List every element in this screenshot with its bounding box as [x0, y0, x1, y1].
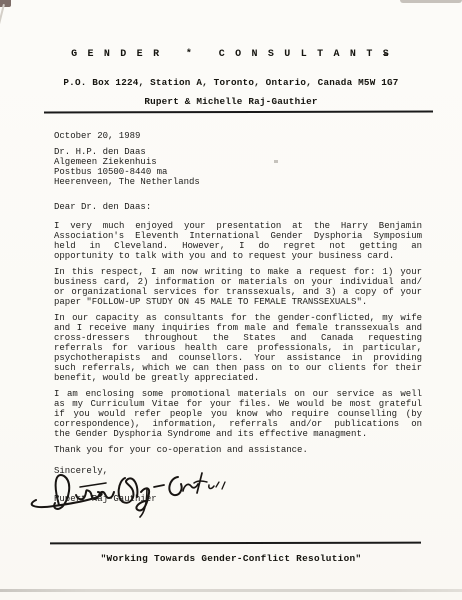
letter-line: In this respect, I am now writing to mak…	[54, 267, 422, 277]
letterhead-address: P.O. Box 1224, Station A, Toronto, Ontar…	[0, 77, 462, 88]
scan-edge-smudge	[400, 0, 462, 3]
paragraph: In this respect, I am now writing to mak…	[54, 267, 422, 307]
letterhead-divider	[44, 110, 433, 113]
paragraph: I very much enjoyed your presentation at…	[54, 221, 422, 261]
letter-line: paper "FOLLOW-UP STUDY ON 45 MALE TO FEM…	[54, 297, 422, 307]
letter-date: October 20, 1989	[54, 131, 140, 141]
letterhead-company-name: G E N D E R * C O N S U L T A N T S	[0, 49, 462, 60]
scan-crease-line	[0, 4, 4, 41]
scanned-letter-page: G E N D E R * C O N S U L T A N T S P.O.…	[0, 0, 462, 600]
letter-line: I am enclosing some promotional material…	[54, 389, 422, 399]
signature-scrawl	[28, 464, 228, 518]
letter-line: business card, 2) information or materia…	[54, 277, 422, 287]
letter-line: psychotherapists and counsellors. Your a…	[54, 353, 422, 363]
letter-line: correspondence), information, referrals …	[54, 419, 422, 429]
scan-edge-shadow	[0, 589, 462, 592]
letter-line: held in Cleveland. However, I do regret …	[54, 241, 422, 251]
letter-line: opportunity to talk with you and to requ…	[54, 251, 422, 261]
paragraph: I am enclosing some promotional material…	[54, 389, 422, 439]
letter-line: or organizational services for transsexu…	[54, 287, 422, 297]
letter-line: if you would refer people you know who r…	[54, 409, 422, 419]
paragraph: In our capacity as consultants for the g…	[54, 313, 422, 383]
letter-line: I very much enjoyed your presentation at…	[54, 221, 422, 231]
letter-line: cross-dressers throughout the States and…	[54, 333, 422, 343]
letter-line: Association's Eleventh International Gen…	[54, 231, 422, 241]
letter-line: In our capacity as consultants for the g…	[54, 313, 422, 323]
footer-divider	[50, 542, 421, 545]
recipient-line: Algemeen Ziekenhuis	[54, 157, 200, 167]
recipient-line: Heerenveen, The Netherlands	[54, 177, 200, 187]
salutation: Dear Dr. den Daas:	[54, 202, 151, 212]
letter-body: I very much enjoyed your presentation at…	[54, 221, 422, 461]
signature-typed-name: Rupert Raj-Gauthier	[54, 494, 157, 504]
letterhead-proprietors: Rupert & Michelle Raj-Gauthier	[0, 96, 462, 107]
letter-line: and I receive many inquiries from male a…	[54, 323, 422, 333]
letter-line: as my Curriculum Vitae for your files. W…	[54, 399, 422, 409]
paragraph: Thank you for your co-operation and assi…	[54, 445, 422, 455]
letter-line: the Gender Dysphoria Syndrome and its ef…	[54, 429, 422, 439]
letter-line: benefit, would be greatly appreciated.	[54, 373, 422, 383]
recipient-address-block: Dr. H.P. den Daas Algemeen Ziekenhuis Po…	[54, 147, 200, 187]
scan-speck	[274, 160, 278, 163]
footer-tagline: "Working Towards Gender-Conflict Resolut…	[0, 553, 462, 564]
letter-line: Thank you for your co-operation and assi…	[54, 445, 422, 455]
recipient-line: Dr. H.P. den Daas	[54, 147, 200, 157]
letter-line: such referrals, which we can then pass o…	[54, 363, 422, 373]
letter-line: referrals for various health care profes…	[54, 343, 422, 353]
recipient-line: Postbus 10500-8440 ma	[54, 167, 200, 177]
